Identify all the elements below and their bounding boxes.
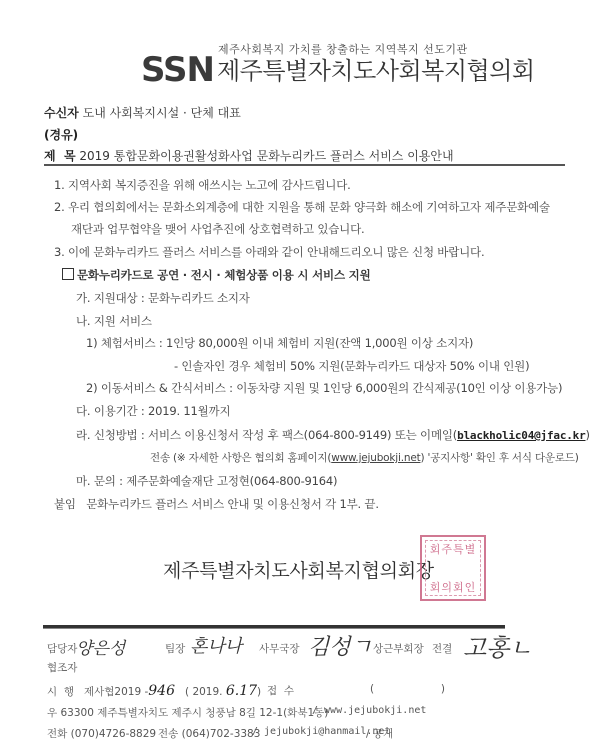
- subject-value: 2019 통합문화이용권활성화사업 문화누리카드 플러스 서비스 이용안내: [79, 149, 453, 163]
- item-na: 나. 지원 서비스: [76, 313, 152, 329]
- staff-signature: 양은성: [76, 634, 125, 659]
- secretary-general-label: 사무국장: [259, 641, 300, 656]
- receipt-label: 접 수: [267, 683, 294, 698]
- attachment-value: 문화누리카드 플러스 서비스 안내 및 이용신청서 각 1부. 끝.: [86, 497, 379, 511]
- footer-website[interactable]: / www.jejubokji.net: [312, 705, 426, 716]
- via-label: (경유): [44, 126, 78, 143]
- paragraph-2: 2. 우리 협의회에서는 문화소외계층에 대한 지원을 통해 문화 양극화 해소…: [54, 199, 550, 215]
- slogan: 제주사회복지 가치를 창출하는 지역복지 선도기관: [218, 41, 468, 57]
- footer-divider: [43, 625, 505, 629]
- org-name: 제주특별자치도사회복지협의회: [217, 57, 535, 85]
- website-link[interactable]: www.jejubokji.net: [331, 452, 420, 464]
- recipient-value: 도내 사회복지시설 · 단체 대표: [83, 106, 241, 120]
- doc-number: 946: [148, 683, 175, 699]
- vice-president-label: 상근부회장: [373, 641, 424, 656]
- phone: 전화 (070)4726-8829: [47, 726, 156, 741]
- paragraph-2-cont: 재단과 업무협약을 맺어 사업추진에 상호협력하고 있습니다.: [71, 221, 364, 237]
- recipient-label: 수신자: [44, 106, 79, 120]
- recipient-line: 수신자 도내 사회복지시설 · 단체 대표: [44, 104, 241, 121]
- item-da: 다. 이용기간 : 2019. 11월까지: [76, 403, 230, 419]
- item-ga: 가. 지원대상 : 문화누리카드 소지자: [76, 290, 250, 306]
- secretary-general-signature: 김성ㄱ: [308, 630, 372, 661]
- cooperator-label: 협조자: [47, 660, 77, 675]
- attachment-label: 붙임: [54, 497, 76, 511]
- staff-label: 담당자: [47, 641, 77, 656]
- paragraph-1: 1. 지역사회 복지증진을 위해 애쓰시는 노고에 감사드립니다.: [54, 177, 351, 193]
- checkbox-square-icon: [62, 268, 74, 280]
- ssn-logo: SSN: [141, 53, 214, 87]
- subject-label: 제 목: [44, 149, 76, 163]
- address: 우 63300 제주특별자치도 제주시 청풍남 8길 12-1(화북1동): [47, 705, 328, 720]
- receipt-value: ( ): [370, 683, 445, 695]
- subject-line: 제 목 2019 통합문화이용권활성화사업 문화누리카드 플러스 서비스 이용안…: [44, 147, 565, 166]
- team-leader-signature: 혼나나: [190, 632, 242, 658]
- item-na-1: 1) 체험서비스 : 1인당 80,000원 이내 체험비 지원(잔액 1,00…: [86, 335, 473, 351]
- sender-name: 제주특별자치도사회복지협의회장: [163, 556, 434, 583]
- paragraph-3: 3. 이에 문화누리카드 플러스 서비스를 아래와 같이 안내해드리오니 많은 …: [54, 244, 484, 260]
- email-link[interactable]: blackholic04@jfac.kr: [457, 429, 585, 442]
- official-seal: 회주특별 회의회인: [420, 535, 486, 601]
- final-approval-signature: 고홍ㄴ: [463, 628, 533, 663]
- item-ma: 마. 문의 : 제주문화예술재단 고정현(064-800-9164): [76, 473, 337, 489]
- enforcement-line: 시 행 제사협2019 -946 ( 2019. 6.17): [47, 683, 261, 699]
- fax: 전송 (064)702-3383: [158, 726, 260, 741]
- item-ra: 라. 신청방법 : 서비스 이용신청서 작성 후 팩스(064-800-9149…: [76, 427, 590, 443]
- item-na-2: 2) 이동서비스 & 간식서비스 : 이동차량 지원 및 1인당 6,000원의…: [86, 380, 562, 396]
- final-approval-label: 전결: [432, 641, 452, 656]
- attachment-line: 붙임 문화누리카드 플러스 서비스 안내 및 이용신청서 각 1부. 끝.: [54, 496, 379, 512]
- disclosure: / 공개: [366, 726, 393, 741]
- team-leader-label: 팀장: [165, 641, 185, 656]
- item-ra-line2: 전송 (※ 자세한 사항은 협의회 홈페이지(www.jejubokji.net…: [150, 450, 579, 465]
- doc-date: 6.17: [226, 683, 257, 699]
- section-title: 문화누리카드로 공연 · 전시 · 체험상품 이용 시 서비스 지원: [62, 267, 370, 283]
- item-na-1-sub: - 인솔자인 경우 체험비 50% 지원(문화누리카드 대상자 50% 이내 인…: [174, 358, 529, 374]
